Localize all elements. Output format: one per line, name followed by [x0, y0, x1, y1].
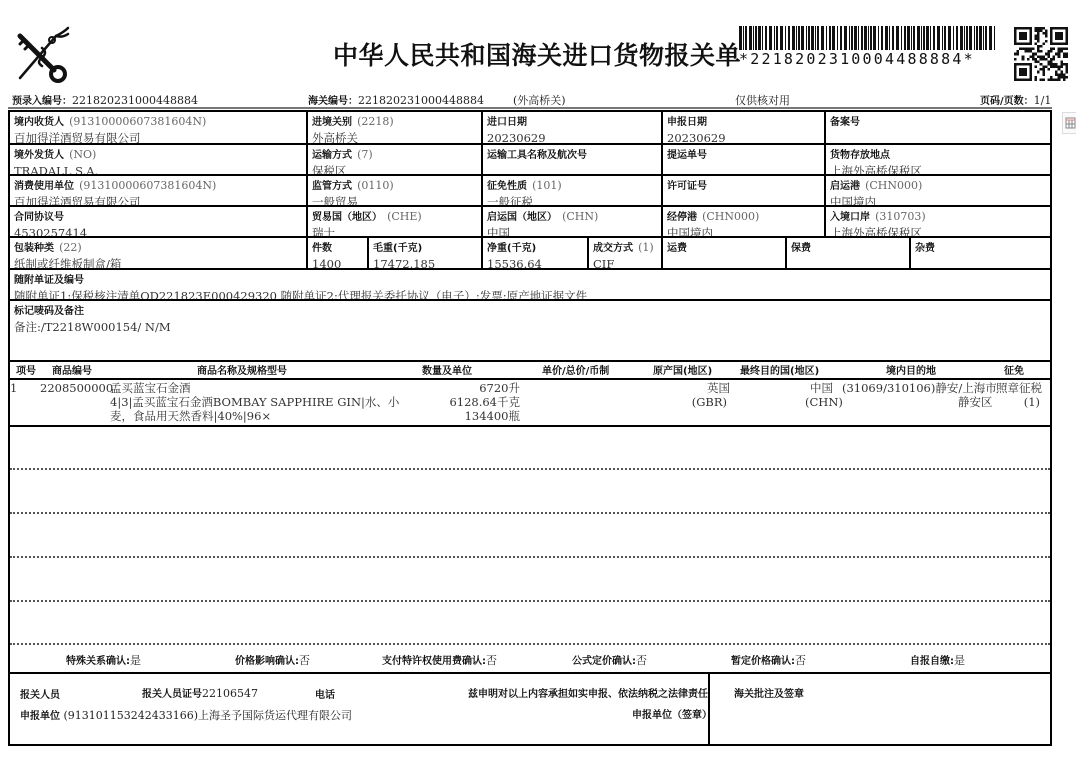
field-package-type: 包装种类 (22) 纸制或纤维板制盒/箱: [10, 238, 308, 270]
confirm-royalty-payment: 支付特许权使用费确认:否: [382, 652, 497, 668]
confirm-self-declare-pay: 自报自缴:是: [910, 652, 965, 668]
field-insurance: 保费: [787, 238, 911, 270]
goods-table-row: 1 2208500000 孟买蓝宝石金酒 4|3|孟买蓝宝石金酒BOMBAY S…: [10, 380, 1050, 424]
customs-number: 海关编号：221820231000448884: [308, 92, 484, 107]
page-number: 页码/页数：1/1: [980, 92, 1051, 107]
header-divider: [8, 107, 1052, 109]
confirm-special-relationship: 特殊关系确认:是: [66, 652, 141, 668]
field-entry-customs: 进境关别 (2218) 外高桥关: [308, 112, 483, 145]
empty-row-divider: [10, 512, 1050, 514]
customs-emblem-logo: [12, 26, 72, 86]
customs-approval-label: 海关批注及签章: [734, 685, 804, 700]
declaration-form: 境内收货人 (91310000607381604N) 百加得洋酒贸易有限公司 进…: [8, 110, 1052, 746]
field-record-no: 备案号: [826, 112, 1050, 145]
field-misc-fee: 杂费: [911, 238, 1050, 270]
empty-row-divider: [10, 556, 1050, 558]
field-origin-country: 启运国（地区） (CHN) 中国: [483, 207, 663, 238]
calculator-toolbar-icon[interactable]: [1062, 112, 1076, 134]
field-storage-place: 货物存放地点 上海外高桥保税区: [826, 145, 1050, 176]
declare-unit: 申报单位 (913101153242433166)上海圣予国际货运代理有限公司: [20, 707, 352, 723]
field-consumer-unit: 消费使用单位 (91310000607381604N) 百加得洋酒贸易有限公司: [10, 176, 308, 207]
field-entry-port: 入境口岸 (310703) 上海外高桥保税区: [826, 207, 1050, 238]
field-transport-name: 运输工具名称及航次号: [483, 145, 663, 176]
field-supervision: 监管方式 (0110) 一般贸易: [308, 176, 483, 207]
field-declare-date: 申报日期 20230629: [663, 112, 826, 145]
empty-row-divider: [10, 468, 1050, 470]
qr-code-graphic: [1014, 27, 1068, 81]
field-marks-remarks: 标记唛码及备注 备注:/T2218W000154/ N/M: [10, 301, 1050, 362]
field-contract-no: 合同协议号 4530257414: [10, 207, 308, 238]
empty-row-divider: [10, 600, 1050, 602]
document-title: 中华人民共和国海关进口货物报关单: [333, 36, 741, 72]
barcode-number: *2218202310004488884*: [739, 50, 1001, 68]
declarant-cert: 报关人员证号22106547: [142, 685, 258, 700]
goods-row-divider: [10, 425, 1050, 427]
barcode-graphic: [739, 26, 997, 50]
customs-office: (外高桥关): [513, 92, 566, 108]
confirm-provisional-price: 暂定价格确认:否: [731, 652, 806, 668]
field-freight: 运费: [663, 238, 787, 270]
field-trade-country: 贸易国（地区） (CHE) 瑞士: [308, 207, 483, 238]
field-bill-no: 提运单号: [663, 145, 826, 176]
empty-row-divider: [10, 643, 1050, 645]
field-net-weight: 净重(千克) 15536.64: [483, 238, 589, 270]
field-levy-nature: 征免性质 (101) 一般征税: [483, 176, 663, 207]
field-license-no: 许可证号: [663, 176, 826, 207]
field-transit-port: 经停港 (CHN000) 中国境内: [663, 207, 826, 238]
declarant-section: 报关人员 报关人员证号22106547 电话 兹申明对以上内容承担如实申报、依法…: [10, 674, 710, 744]
field-import-date: 进口日期 20230629: [483, 112, 663, 145]
field-attached-docs: 随附单证及编号 随附单证1:保税核注清单QD221823E000429320 随…: [10, 270, 1050, 301]
verify-only-notice: 仅供核对用: [735, 92, 790, 108]
field-transport-mode: 运输方式 (7) 保税区: [308, 145, 483, 176]
field-departure-port: 启运港 (CHN000) 中国境内: [826, 176, 1050, 207]
field-consignee: 境内收货人 (91310000607381604N) 百加得洋酒贸易有限公司: [10, 112, 308, 145]
pre-entry-number: 预录入编号：221820231000448884: [12, 92, 198, 107]
confirm-price-influence: 价格影响确认:否: [235, 652, 310, 668]
confirm-formula-pricing: 公式定价确认:否: [572, 652, 647, 668]
field-consignor: 境外发货人 (NO) TRADALL S.A.: [10, 145, 308, 176]
field-deal-mode: 成交方式 (1) CIF: [589, 238, 663, 270]
goods-table-header: 项号 商品编号 商品名称及规格型号 数量及单位 单价/总价/币制 原产国(地区)…: [10, 362, 1050, 377]
field-pieces: 件数 1400: [308, 238, 369, 270]
field-gross-weight: 毛重(千克) 17472.185: [369, 238, 483, 270]
